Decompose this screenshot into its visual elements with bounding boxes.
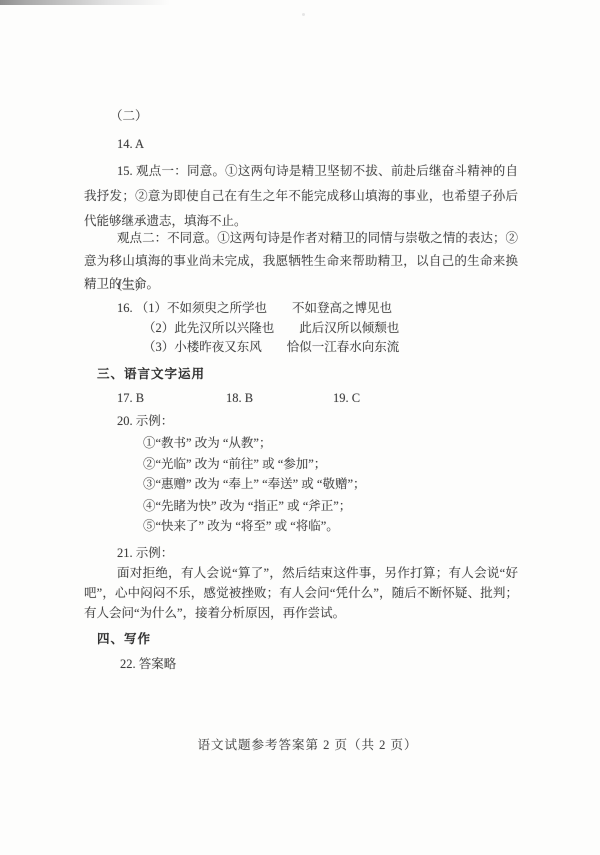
q16-item-3: （3）小楼昨夜又东风 恰似一江春水向东流	[143, 338, 399, 356]
q20-item-2: ②“光临” 改为 “前往” 或 “参加”；	[143, 455, 326, 473]
q18-answer: 18. B	[226, 389, 253, 407]
q20-label: 20. 示例：	[117, 412, 173, 430]
q16-number: 16.	[117, 301, 133, 315]
subsection-2-label: （二）	[110, 107, 148, 125]
q19-answer: 19. C	[333, 389, 360, 407]
subsection-3-label: （三）	[110, 277, 148, 295]
answer-sheet-page: （二） 14. A 15. 观点一：同意。①这两句诗是精卫坚韧不拔、前赴后继奋斗…	[0, 0, 600, 855]
q16-item-2: （2）此先汉所以兴隆也 此后汉所以倾颓也	[143, 319, 399, 337]
q20-item-1: ①“教书” 改为 “从教”；	[143, 434, 271, 452]
q22-answer: 22. 答案略	[120, 655, 176, 673]
section-3-heading: 三、语言文字运用	[97, 365, 205, 383]
q21-paragraph: 面对拒绝，有人会说“算了”，然后结束这件事，另作打算；有人会说“好吧”，心中闷闷…	[84, 563, 518, 623]
q21-label: 21. 示例：	[117, 544, 173, 562]
q16-item-1: （1）不如须臾之所学也 不如登高之博见也	[136, 301, 392, 315]
q20-item-5: ⑤“快来了” 改为 “将至” 或 “将临”。	[143, 517, 339, 535]
page-footer: 语文试题参考答案第 2 页（共 2 页）	[0, 735, 600, 753]
q15-view2-paragraph: 观点二：不同意。①这两句诗是作者对精卫的同情与崇敬之情的表达；②意为移山填海的事…	[84, 227, 518, 296]
q15-view1-paragraph: 15. 观点一：同意。①这两句诗是精卫坚韧不拔、前赴后继奋斗精神的自我抒发；②意…	[84, 159, 518, 234]
q17-answer: 17. B	[117, 389, 144, 407]
scan-edge-artifact	[0, 0, 170, 5]
q20-item-4: ④“先睹为快” 改为 “指正” 或 “斧正”；	[143, 497, 351, 515]
q14-answer: 14. A	[117, 135, 144, 153]
q20-item-3: ③“惠赠” 改为 “奉上” “奉送” 或 “敬赠”；	[143, 475, 366, 493]
section-4-heading: 四、写作	[97, 630, 151, 648]
q16-line-1: 16. （1）不如须臾之所学也 不如登高之博见也	[117, 299, 392, 317]
scan-speck	[302, 13, 305, 16]
